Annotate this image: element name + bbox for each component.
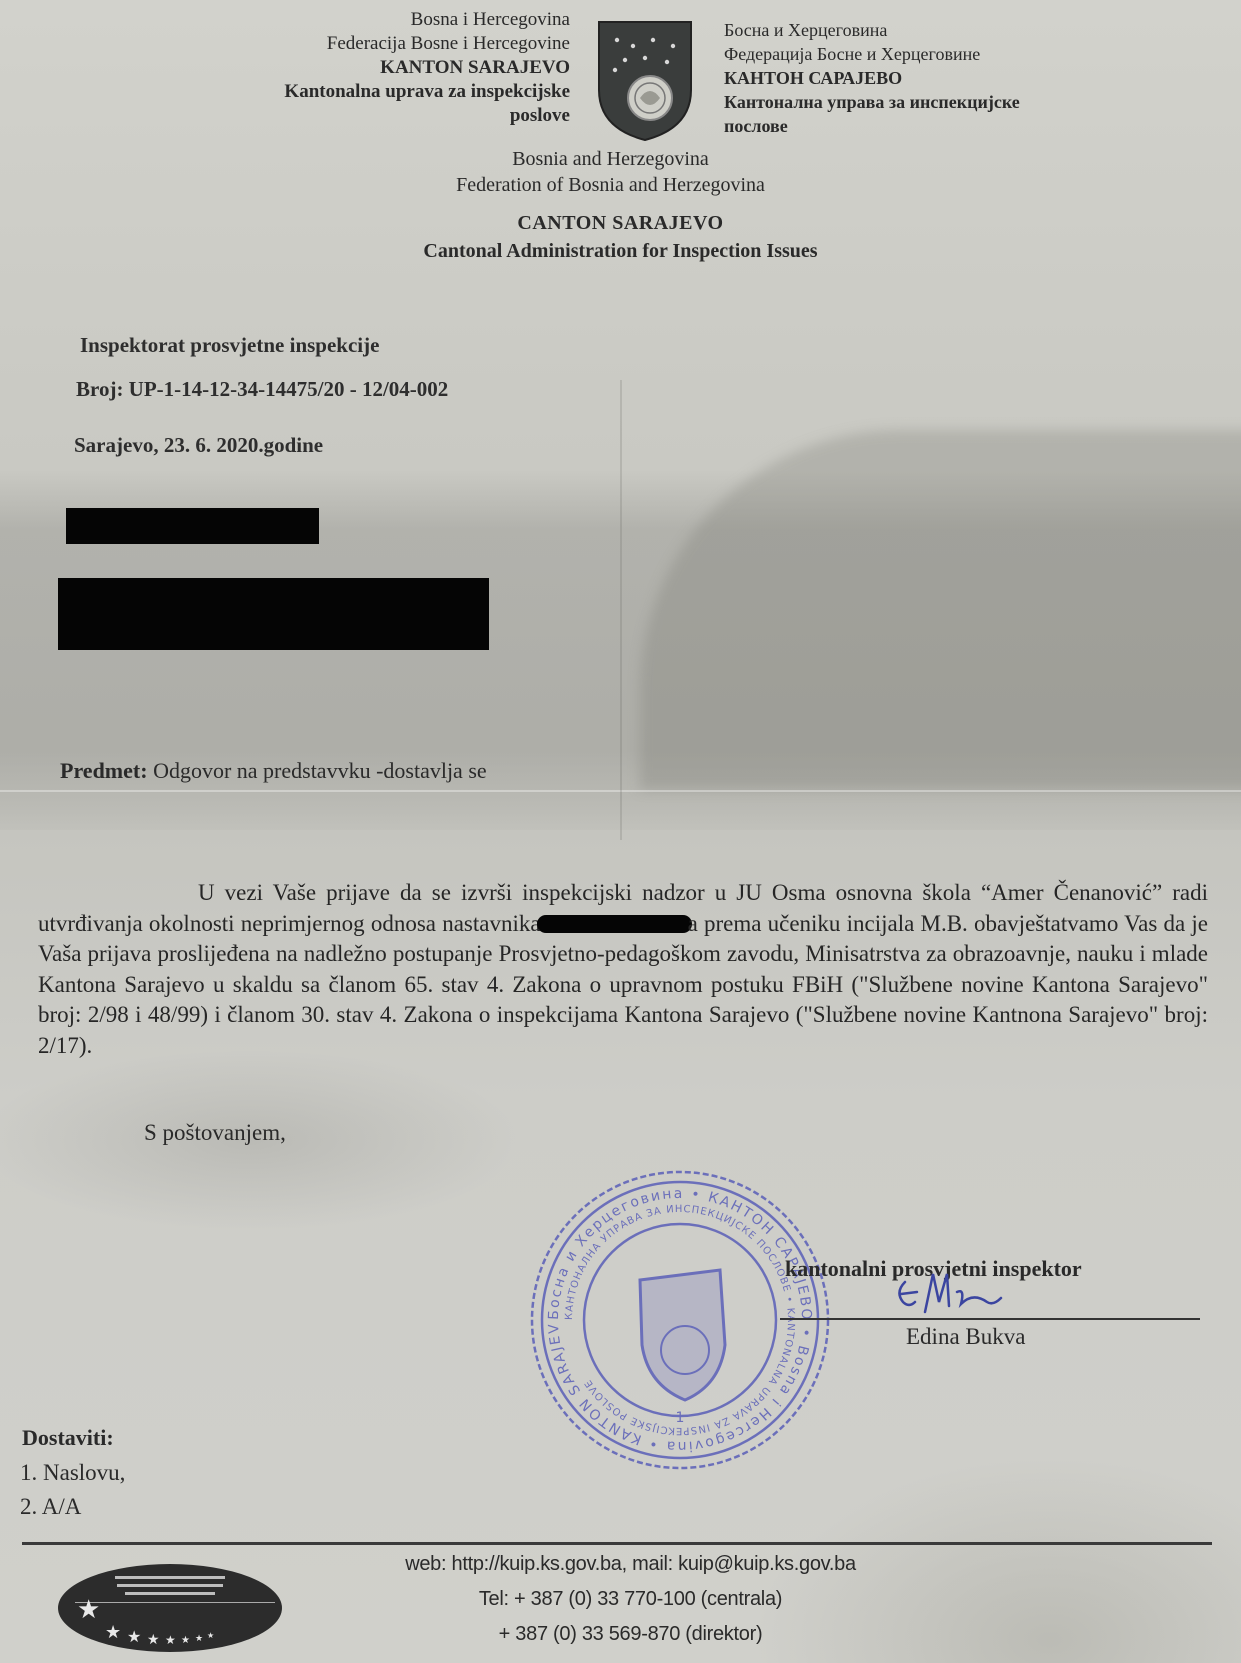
closing-salutation: S poštovanjem, xyxy=(144,1120,286,1146)
header-latin: Bosna i Hercegovina Federacija Bosne i H… xyxy=(190,8,570,128)
teacher-name-redacted xyxy=(537,915,692,933)
paper-fold-line-vertical xyxy=(620,380,622,840)
letter-body: U vezi Vaše prijave da se izvrši inspekc… xyxy=(38,878,1208,1061)
footer-divider xyxy=(22,1542,1212,1545)
official-round-stamp-icon: Босна и Херцеговина • КАНТОН САРАЈЕВО • … xyxy=(520,1160,840,1480)
canton-sarajevo-coat-of-arms-icon xyxy=(595,18,695,143)
header-administration: Kantonalna uprava za inspekcijske xyxy=(190,80,570,104)
header-federation-en: Federation of Bosnia and Herzegovina xyxy=(0,174,1231,197)
place-and-date: Sarajevo, 23. 6. 2020.godine xyxy=(74,433,323,458)
handwritten-signature-icon xyxy=(895,1262,1025,1322)
signature-line xyxy=(780,1318,1200,1320)
footer-web-mail: web: http://kuip.ks.gov.ba, mail: kuip@k… xyxy=(10,1553,1241,1576)
footer-phone-director: + 387 (0) 33 569-870 (direktor) xyxy=(10,1623,1241,1646)
deliver-item: 2. A/A xyxy=(20,1494,81,1520)
header-canton: KANTON SARAJEVO xyxy=(190,56,570,80)
header-canton-en: CANTON SARAJEVO xyxy=(0,212,1241,235)
department-name: Inspektorat prosvjetne inspekcije xyxy=(80,333,379,358)
subject-label: Predmet: xyxy=(60,758,148,783)
header-country-en: Bosnia and Herzegovina xyxy=(0,148,1231,171)
document-number: Broj: UP-1-14-12-34-14475/20 - 12/04-002 xyxy=(76,377,448,402)
header-canton-cyr: КАНТОН САРАЈЕВО xyxy=(724,66,1144,90)
header-federation: Federacija Bosne i Hercegovine xyxy=(190,32,570,56)
header-country-cyr: Босна и Херцеговина xyxy=(724,18,1144,42)
recipient-name-redacted xyxy=(66,508,319,544)
header-administration-cyr: Кантонална управа за инспекцијске xyxy=(724,90,1144,114)
svg-text:1: 1 xyxy=(676,1410,685,1426)
recipient-address-redacted xyxy=(58,578,489,650)
subject-text: Odgovor na predstavvku -dostavlja se xyxy=(153,758,487,783)
deliver-to-label: Dostaviti: xyxy=(22,1425,114,1451)
header-administration-cyr-cont: послове xyxy=(724,114,1144,138)
signatory-name: Edina Bukva xyxy=(906,1324,1025,1350)
header-federation-cyr: Федерација Босне и Херцеговине xyxy=(724,42,1144,66)
header-cyrillic: Босна и Херцеговина Федерација Босне и Х… xyxy=(724,18,1144,138)
footer-phone-central: Tel: + 387 (0) 33 770-100 (centrala) xyxy=(10,1588,1241,1611)
header-administration-en: Cantonal Administration for Inspection I… xyxy=(0,240,1241,263)
header-country: Bosna i Hercegovina xyxy=(190,8,570,32)
deliver-item: 1. Naslovu, xyxy=(20,1460,125,1486)
header-administration-cont: poslove xyxy=(190,104,570,128)
subject-line: Predmet: Odgovor na predstavvku -dostavl… xyxy=(60,758,487,784)
